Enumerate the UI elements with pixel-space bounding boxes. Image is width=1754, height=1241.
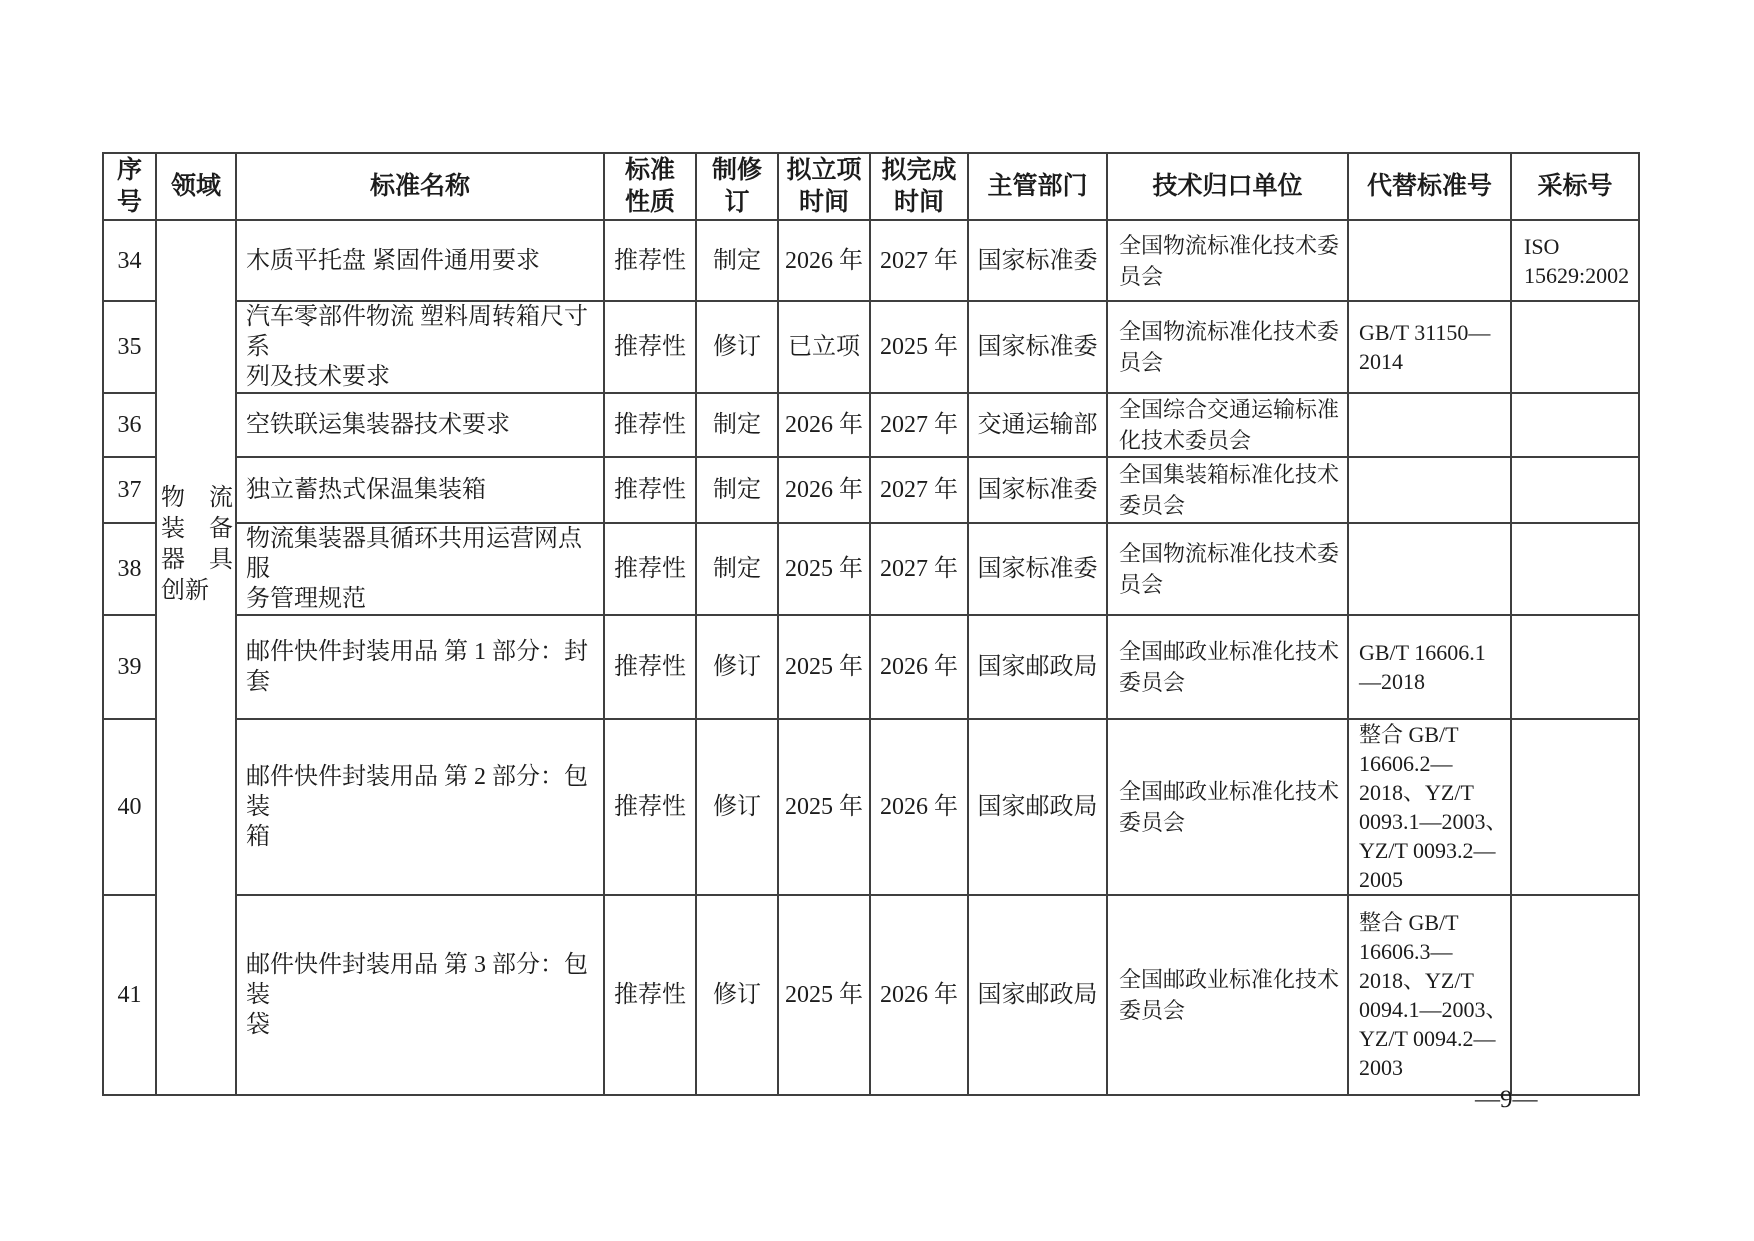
cell-action: 制定 [696,393,778,457]
cell-tech-unit: 全国邮政业标准化技术 委员会 [1107,895,1348,1095]
cell-dept: 国家邮政局 [968,895,1107,1095]
table-row: 40 邮件快件封装用品 第 2 部分：包装 箱 推荐性 修订 2025 年 20… [103,719,1639,895]
cell-adopt-no [1511,719,1639,895]
cell-nature: 推荐性 [604,895,696,1095]
col-header-domain: 领域 [156,153,236,220]
cell-tech-unit: 全国综合交通运输标准 化技术委员会 [1107,393,1348,457]
cell-standard-name: 邮件快件封装用品 第 3 部分：包装 袋 [236,895,604,1095]
cell-start-time: 2025 年 [778,523,870,615]
cell-tech-unit: 全国邮政业标准化技术 委员会 [1107,615,1348,719]
cell-nature: 推荐性 [604,615,696,719]
cell-adopt-no [1511,393,1639,457]
cell-adopt-no [1511,615,1639,719]
cell-seq: 34 [103,220,156,301]
cell-action: 制定 [696,523,778,615]
cell-finish-time: 2027 年 [870,220,968,301]
cell-start-time: 2026 年 [778,220,870,301]
cell-standard-name: 木质平托盘 紧固件通用要求 [236,220,604,301]
cell-start-time: 2025 年 [778,895,870,1095]
col-header-name: 标准名称 [236,153,604,220]
cell-finish-time: 2027 年 [870,523,968,615]
cell-tech-unit: 全国邮政业标准化技术 委员会 [1107,719,1348,895]
header-row: 序 号 领域 标准名称 标准 性质 制修 订 拟立项 时间 拟完成 时间 主管部… [103,153,1639,220]
cell-action: 制定 [696,457,778,523]
cell-dept: 交通运输部 [968,393,1107,457]
cell-adopt-no [1511,301,1639,393]
cell-finish-time: 2027 年 [870,457,968,523]
cell-replace-no [1348,393,1511,457]
cell-standard-name: 空铁联运集装器技术要求 [236,393,604,457]
table-row: 35 汽车零部件物流 塑料周转箱尺寸系 列及技术要求 推荐性 修订 已立项 20… [103,301,1639,393]
cell-seq: 39 [103,615,156,719]
cell-adopt-no [1511,523,1639,615]
cell-standard-name: 物流集装器具循环共用运营网点服 务管理规范 [236,523,604,615]
table-row: 38 物流集装器具循环共用运营网点服 务管理规范 推荐性 制定 2025 年 2… [103,523,1639,615]
cell-action: 修订 [696,719,778,895]
col-header-seq: 序 号 [103,153,156,220]
cell-finish-time: 2026 年 [870,895,968,1095]
table-row: 41 邮件快件封装用品 第 3 部分：包装 袋 推荐性 修订 2025 年 20… [103,895,1639,1095]
cell-finish-time: 2026 年 [870,615,968,719]
cell-dept: 国家邮政局 [968,719,1107,895]
table-row: 39 邮件快件封装用品 第 1 部分：封套 推荐性 修订 2025 年 2026… [103,615,1639,719]
cell-finish-time: 2025 年 [870,301,968,393]
cell-action: 修订 [696,895,778,1095]
col-header-dept: 主管部门 [968,153,1107,220]
cell-start-time: 2026 年 [778,457,870,523]
cell-start-time: 2025 年 [778,615,870,719]
cell-nature: 推荐性 [604,523,696,615]
cell-replace-no: GB/T 31150— 2014 [1348,301,1511,393]
col-header-adopt-no: 采标号 [1511,153,1639,220]
cell-replace-no: GB/T 16606.1 —2018 [1348,615,1511,719]
page-number: —9— [1475,1086,1538,1114]
cell-adopt-no [1511,895,1639,1095]
cell-dept: 国家邮政局 [968,615,1107,719]
col-header-replace-no: 代替标准号 [1348,153,1511,220]
cell-seq: 38 [103,523,156,615]
cell-action: 制定 [696,220,778,301]
cell-finish-time: 2026 年 [870,719,968,895]
cell-standard-name: 邮件快件封装用品 第 2 部分：包装 箱 [236,719,604,895]
cell-adopt-no [1511,457,1639,523]
cell-tech-unit: 全国物流标准化技术委 员会 [1107,523,1348,615]
cell-seq: 36 [103,393,156,457]
cell-seq: 40 [103,719,156,895]
cell-finish-time: 2027 年 [870,393,968,457]
col-header-action: 制修 订 [696,153,778,220]
cell-seq: 35 [103,301,156,393]
cell-replace-no: 整合 GB/T 16606.3— 2018、YZ/T 0094.1—2003、 … [1348,895,1511,1095]
col-header-tech-unit: 技术归口单位 [1107,153,1348,220]
cell-nature: 推荐性 [604,301,696,393]
cell-start-time: 2026 年 [778,393,870,457]
cell-start-time: 2025 年 [778,719,870,895]
cell-replace-no [1348,523,1511,615]
cell-standard-name: 汽车零部件物流 塑料周转箱尺寸系 列及技术要求 [236,301,604,393]
cell-adopt-no: ISO 15629:2002 [1511,220,1639,301]
col-header-nature: 标准 性质 [604,153,696,220]
cell-replace-no: 整合 GB/T 16606.2— 2018、YZ/T 0093.1—2003、 … [1348,719,1511,895]
cell-action: 修订 [696,301,778,393]
cell-replace-no [1348,457,1511,523]
table-row: 34 物 流 装 备 器 具 创新 木质平托盘 紧固件通用要求 推荐性 制定 2… [103,220,1639,301]
cell-seq: 37 [103,457,156,523]
cell-tech-unit: 全国物流标准化技术委 员会 [1107,220,1348,301]
cell-dept: 国家标准委 [968,523,1107,615]
cell-nature: 推荐性 [604,220,696,301]
cell-standard-name: 邮件快件封装用品 第 1 部分：封套 [236,615,604,719]
cell-dept: 国家标准委 [968,220,1107,301]
col-header-start-time: 拟立项 时间 [778,153,870,220]
table-row: 36 空铁联运集装器技术要求 推荐性 制定 2026 年 2027 年 交通运输… [103,393,1639,457]
col-header-finish-time: 拟完成 时间 [870,153,968,220]
cell-domain-merged: 物 流 装 备 器 具 创新 [156,220,236,1095]
cell-nature: 推荐性 [604,457,696,523]
cell-dept: 国家标准委 [968,301,1107,393]
cell-standard-name: 独立蓄热式保温集装箱 [236,457,604,523]
cell-replace-no [1348,220,1511,301]
cell-dept: 国家标准委 [968,457,1107,523]
cell-tech-unit: 全国集装箱标准化技术 委员会 [1107,457,1348,523]
standards-plan-table: 序 号 领域 标准名称 标准 性质 制修 订 拟立项 时间 拟完成 时间 主管部… [102,152,1640,1096]
cell-action: 修订 [696,615,778,719]
table-row: 37 独立蓄热式保温集装箱 推荐性 制定 2026 年 2027 年 国家标准委… [103,457,1639,523]
cell-nature: 推荐性 [604,719,696,895]
cell-start-time: 已立项 [778,301,870,393]
cell-nature: 推荐性 [604,393,696,457]
cell-seq: 41 [103,895,156,1095]
cell-tech-unit: 全国物流标准化技术委 员会 [1107,301,1348,393]
